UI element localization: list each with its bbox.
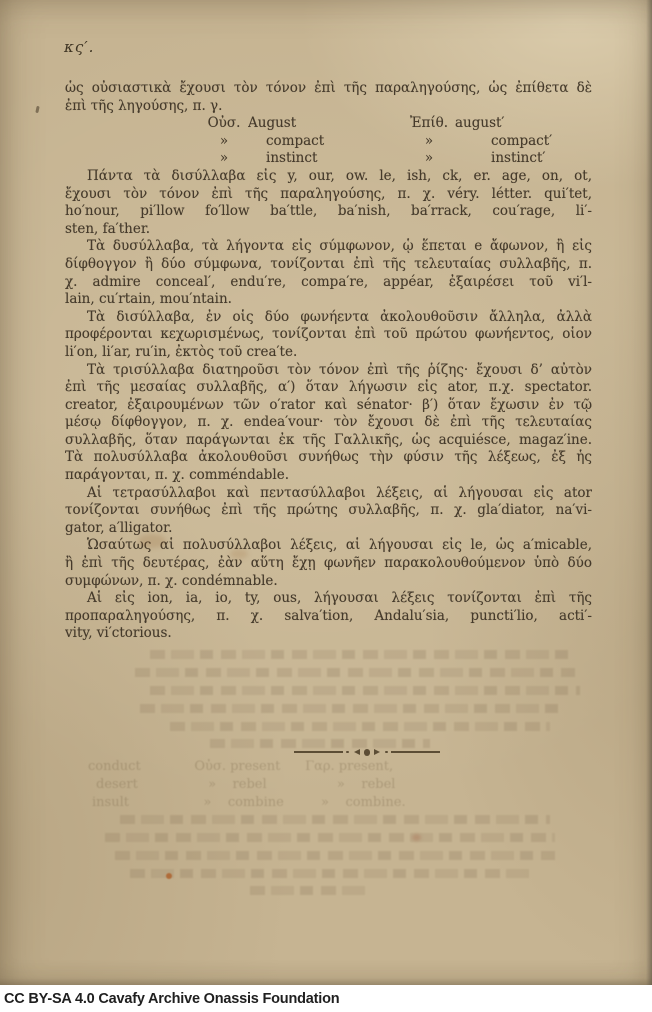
text-line: Τὰ δισύλλαβα, ἐν οἷς δύο φωνήεντα ἀκολου… bbox=[65, 309, 592, 327]
bleedthrough-stripe bbox=[150, 686, 580, 695]
text-line: προπαραληγούσης, π. χ. salva′tion, Andal… bbox=[65, 608, 592, 626]
bleedthrough-stripe bbox=[210, 739, 430, 748]
section-divider bbox=[294, 748, 440, 756]
table-cell-label: » bbox=[200, 133, 248, 151]
text-line: ὡς οὐσιαστικὰ ἔχουσι τὸν τόνον ἐπὶ τῆς π… bbox=[65, 80, 592, 98]
stain bbox=[412, 834, 421, 841]
page-text: ὡς οὐσιαστικὰ ἔχουσι τὸν τόνον ἐπὶ τῆς π… bbox=[65, 80, 592, 643]
text-line: ἐπὶ τῆς μεσαίας συλλαβῆς, α′) ὅταν λήγωσ… bbox=[65, 379, 592, 397]
bleedthrough-stripe bbox=[130, 869, 530, 878]
text-line: creator, ἐξαιρουμένων τῶν o′rator καὶ sé… bbox=[65, 397, 592, 415]
paragraph: Τὰ δισύλλαβα, ἐν οἷς δύο φωνήεντα ἀκολου… bbox=[65, 309, 592, 362]
table-cell-word: compact bbox=[248, 133, 403, 151]
bleedthrough-stripe bbox=[150, 650, 570, 659]
paragraph: Αἱ τετρασύλλαβοι καὶ πεντασύλλαβοι λέξει… bbox=[65, 485, 592, 538]
text-line: ἢ ἐπὶ τῆς δευτέρας, ἐὰν αὕτη ἔχῃ φωνῆεν … bbox=[65, 555, 592, 573]
paragraph: ὡς οὐσιαστικὰ ἔχουσι τὸν τόνον ἐπὶ τῆς π… bbox=[65, 80, 592, 115]
table-cell-label: » bbox=[403, 133, 455, 151]
example-table: Οὐσ. August Ἐπίθ. august′ » compact » co… bbox=[65, 115, 592, 168]
page-number: κς′. bbox=[64, 38, 94, 56]
table-cell-word: instinct′ bbox=[455, 150, 592, 168]
table-row: » compact » compact′ bbox=[65, 133, 592, 151]
left-arrow-icon bbox=[354, 749, 360, 755]
bleedthrough-stripe bbox=[170, 722, 550, 731]
page-edge-shadow bbox=[0, 978, 652, 985]
bleedthrough-stripe bbox=[140, 704, 560, 713]
text-line: μέσῳ δίφθογγον, π. χ. endea′vour· τὸν ἔχ… bbox=[65, 414, 592, 432]
text-line: ho′nour, pi′llow fo′llow ba′ttle, ba′nis… bbox=[65, 203, 592, 221]
stain bbox=[230, 549, 248, 559]
text-line: δίφθογγον ἢ δύο σύμφωνα, τονίζονται ἐπὶ … bbox=[65, 256, 592, 274]
paragraph: Τὰ πολυσύλλαβα ἀκολουθοῦσι συνήθως τὴν φ… bbox=[65, 449, 592, 484]
divider-rule bbox=[294, 751, 343, 753]
table-cell-label: Ἐπίθ. bbox=[403, 115, 455, 133]
text-line: συλλαβῆς, ὅταν παράγωνται ἐκ τῆς Γαλλικῆ… bbox=[65, 432, 592, 450]
bleedthrough-stripe bbox=[135, 668, 575, 677]
dot-icon bbox=[346, 751, 349, 754]
text-line: Πάντα τὰ δισύλλαβα εἰς y, our, ow. le, i… bbox=[65, 168, 592, 186]
text-line: τονίζονται συνήθως ἐπὶ τῆς πρώτης συλλαβ… bbox=[65, 502, 592, 520]
bleedthrough-stripe bbox=[115, 851, 555, 860]
right-arrow-icon bbox=[374, 749, 380, 755]
bleedthrough-line: conduct Οὐσ. present Γαρ. present, bbox=[88, 760, 393, 774]
table-row: » instinct » instinct′ bbox=[65, 150, 592, 168]
text-line: vity, vi′ctorious. bbox=[65, 625, 592, 643]
text-line: Τὰ πολυσύλλαβα ἀκολουθοῦσι συνήθως τὴν φ… bbox=[65, 449, 592, 467]
text-line: Αἱ τετρασύλλαβοι καὶ πεντασύλλαβοι λέξει… bbox=[65, 485, 592, 503]
stain bbox=[138, 534, 166, 548]
text-line: Τὰ δυσύλλαβα, τὰ λήγοντα εἰς σύμφωνον, ᾧ… bbox=[65, 238, 592, 256]
license-footer: CC BY-SA 4.0 Cavafy Archive Onassis Foun… bbox=[0, 985, 652, 1012]
table-cell-label: Οὐσ. bbox=[200, 115, 248, 133]
text-line: li′on, li′ar, ru′in, ἐκτὸς τοῦ crea′te. bbox=[65, 344, 592, 362]
text-line: ἔχουσι τὸν τόνον ἐπὶ τῆς παραληγούσης, π… bbox=[65, 186, 592, 204]
bleedthrough-stripe bbox=[250, 886, 370, 895]
table-cell-label: » bbox=[200, 150, 248, 168]
paragraph: Τὰ δυσύλλαβα, τὰ λήγοντα εἰς σύμφωνον, ᾧ… bbox=[65, 238, 592, 308]
book-page-scan: κς′. ὡς οὐσιαστικὰ ἔχουσι τὸν τόνον ἐπὶ … bbox=[0, 0, 652, 1012]
bleedthrough-stripe bbox=[105, 833, 555, 842]
table-cell-word: instinct bbox=[248, 150, 403, 168]
text-line: παράγονται, π. χ. comméndable. bbox=[65, 467, 592, 485]
page-edge-shadow bbox=[646, 0, 652, 985]
license-text: CC BY-SA 4.0 Cavafy Archive Onassis Foun… bbox=[0, 991, 339, 1007]
table-cell-word: compact′ bbox=[455, 133, 592, 151]
bleedthrough-stripe bbox=[120, 815, 550, 824]
text-line: ἐπὶ τῆς ληγούσης, π. γ. bbox=[65, 98, 592, 116]
dot-icon bbox=[385, 751, 388, 754]
text-line: lain, cu′rtain, mou′ntain. bbox=[65, 291, 592, 309]
text-line: προφέρονται κεχωρισμένως, τονίζονται ἐπὶ… bbox=[65, 326, 592, 344]
table-cell-word: august′ bbox=[455, 115, 592, 133]
bleedthrough-line: insult » combine » combine. bbox=[92, 796, 406, 810]
divider-rule bbox=[391, 751, 440, 753]
table-cell-label: » bbox=[403, 150, 455, 168]
text-line: χ. admire conceal′, endu′re, compa′re, a… bbox=[65, 274, 592, 292]
text-line: συμφώνων, π. χ. condémnable. bbox=[65, 573, 592, 591]
bleedthrough-line: desert » rebel » rebel bbox=[96, 778, 395, 792]
paragraph: Αἱ εἰς ion, ia, io, ty, ous, λήγουσαι λέ… bbox=[65, 590, 592, 643]
text-line: Αἱ εἰς ion, ia, io, ty, ous, λήγουσαι λέ… bbox=[65, 590, 592, 608]
stain bbox=[35, 106, 39, 113]
text-line: Τὰ τρισύλλαβα διατηροῦσι τὸν τόνον ἐπὶ τ… bbox=[65, 362, 592, 380]
text-line: sten, fa′ther. bbox=[65, 221, 592, 239]
bullet-icon bbox=[364, 749, 371, 756]
stain bbox=[166, 873, 172, 879]
table-row: Οὐσ. August Ἐπίθ. august′ bbox=[65, 115, 592, 133]
table-cell-word: August bbox=[248, 115, 403, 133]
paragraph: Τὰ τρισύλλαβα διατηροῦσι τὸν τόνον ἐπὶ τ… bbox=[65, 362, 592, 450]
paragraph: Πάντα τὰ δισύλλαβα εἰς y, our, ow. le, i… bbox=[65, 168, 592, 238]
